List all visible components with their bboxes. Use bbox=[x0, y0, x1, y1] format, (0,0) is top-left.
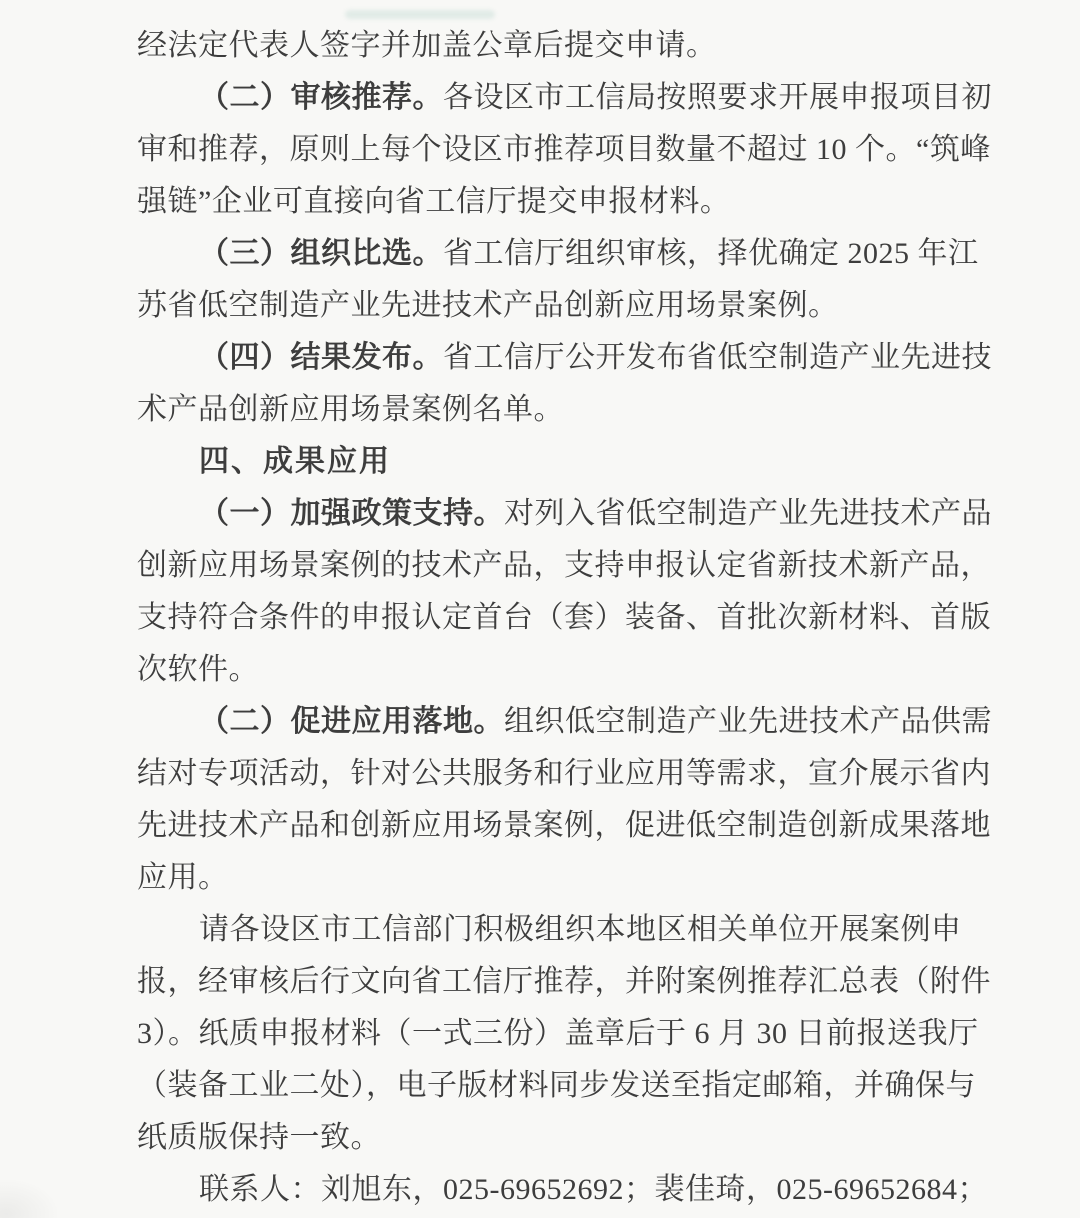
body-text: 各设区市工信局按照要求开展申报项目初 bbox=[443, 81, 992, 114]
body-text: 支持符合条件的申报认定首台（套）装备、首批次新材料、首版 bbox=[137, 601, 991, 634]
text-line: 报，经审核后行文向省工信厅推荐，并附案例推荐汇总表（附件 bbox=[137, 956, 952, 1008]
text-line: 3）。纸质申报材料（一式三份）盖章后于 6 月 30 日前报送我厅 bbox=[137, 1008, 952, 1060]
text-line: 审和推荐，原则上每个设区市推荐项目数量不超过 10 个。“筑峰 bbox=[137, 124, 952, 176]
body-text: 联系人：刘旭东，025-69652692；裴佳琦，025-69652684； bbox=[199, 1173, 988, 1206]
scan-noise-bottom-left bbox=[0, 1178, 60, 1218]
bold-lead-text: （二）促进应用落地。 bbox=[199, 705, 504, 738]
text-line: 次软件。 bbox=[137, 644, 952, 696]
text-line: （装备工业二处），电子版材料同步发送至指定邮箱，并确保与 bbox=[137, 1060, 952, 1112]
body-text: 3）。纸质申报材料（一式三份）盖章后于 6 月 30 日前报送我厅 bbox=[137, 1017, 979, 1050]
body-text: 对列入省低空制造产业先进技术产品 bbox=[504, 497, 992, 530]
bold-lead-text: （二）审核推荐。 bbox=[199, 81, 443, 114]
body-text: 请各设区市工信部门积极组织本地区相关单位开展案例申 bbox=[199, 913, 962, 946]
text-line: 苏省低空制造产业先进技术产品创新应用场景案例。 bbox=[137, 280, 952, 332]
text-line: 支持符合条件的申报认定首台（套）装备、首批次新材料、首版 bbox=[137, 592, 952, 644]
body-text: 苏省低空制造产业先进技术产品创新应用场景案例。 bbox=[137, 289, 839, 322]
bold-lead-text: （一）加强政策支持。 bbox=[199, 497, 504, 530]
body-text: 组织低空制造产业先进技术产品供需 bbox=[504, 705, 992, 738]
text-line: 请各设区市工信部门积极组织本地区相关单位开展案例申 bbox=[137, 904, 952, 956]
bold-lead-text: 四、成果应用 bbox=[199, 445, 391, 478]
body-text: 应用。 bbox=[137, 861, 229, 894]
section-heading: 四、成果应用 bbox=[137, 436, 952, 488]
body-text: 报，经审核后行文向省工信厅推荐，并附案例推荐汇总表（附件 bbox=[137, 965, 991, 998]
text-line: （二）审核推荐。各设区市工信局按照要求开展申报项目初 bbox=[137, 72, 952, 124]
text-line: 创新应用场景案例的技术产品，支持申报认定省新技术新产品， bbox=[137, 540, 952, 592]
bold-lead-text: （四）结果发布。 bbox=[199, 341, 443, 374]
body-text: 结对专项活动，针对公共服务和行业应用等需求，宣介展示省内 bbox=[137, 757, 991, 790]
text-line: 纸质版保持一致。 bbox=[137, 1112, 952, 1164]
text-line: 结对专项活动，针对公共服务和行业应用等需求，宣介展示省内 bbox=[137, 748, 952, 800]
body-text: 省工信厅组织审核，择优确定 2025 年江 bbox=[443, 237, 979, 270]
body-text: 经法定代表人签字并加盖公章后提交申请。 bbox=[137, 29, 717, 62]
text-line: （四）结果发布。省工信厅公开发布省低空制造产业先进技 bbox=[137, 332, 952, 384]
text-line: （三）组织比选。省工信厅组织审核，择优确定 2025 年江 bbox=[137, 228, 952, 280]
text-line: 强链”企业可直接向省工信厅提交申报材料。 bbox=[137, 176, 952, 228]
document-body: 经法定代表人签字并加盖公章后提交申请。（二）审核推荐。各设区市工信局按照要求开展… bbox=[137, 20, 952, 1216]
body-text: 创新应用场景案例的技术产品，支持申报认定省新技术新产品， bbox=[137, 549, 991, 582]
body-text: 次软件。 bbox=[137, 653, 259, 686]
body-text: 纸质版保持一致。 bbox=[137, 1121, 381, 1154]
text-line: （二）促进应用落地。组织低空制造产业先进技术产品供需 bbox=[137, 696, 952, 748]
body-text: 先进技术产品和创新应用场景案例，促进低空制造创新成果落地 bbox=[137, 809, 991, 842]
document-page: 经法定代表人签字并加盖公章后提交申请。（二）审核推荐。各设区市工信局按照要求开展… bbox=[0, 0, 1080, 1218]
body-text: （装备工业二处），电子版材料同步发送至指定邮箱，并确保与 bbox=[137, 1069, 976, 1102]
body-text: 省工信厅公开发布省低空制造产业先进技 bbox=[443, 341, 992, 374]
bold-lead-text: （三）组织比选。 bbox=[199, 237, 443, 270]
text-line: 先进技术产品和创新应用场景案例，促进低空制造创新成果落地 bbox=[137, 800, 952, 852]
text-line: 经法定代表人签字并加盖公章后提交申请。 bbox=[137, 20, 952, 72]
text-line: （一）加强政策支持。对列入省低空制造产业先进技术产品 bbox=[137, 488, 952, 540]
body-text: 术产品创新应用场景案例名单。 bbox=[137, 393, 564, 426]
text-line: 联系人：刘旭东，025-69652692；裴佳琦，025-69652684； bbox=[137, 1164, 952, 1216]
body-text: 审和推荐，原则上每个设区市推荐项目数量不超过 10 个。“筑峰 bbox=[137, 133, 991, 166]
text-line: 应用。 bbox=[137, 852, 952, 904]
scan-artifact-smudge bbox=[345, 10, 495, 19]
body-text: 强链”企业可直接向省工信厅提交申报材料。 bbox=[137, 185, 730, 218]
text-line: 术产品创新应用场景案例名单。 bbox=[137, 384, 952, 436]
